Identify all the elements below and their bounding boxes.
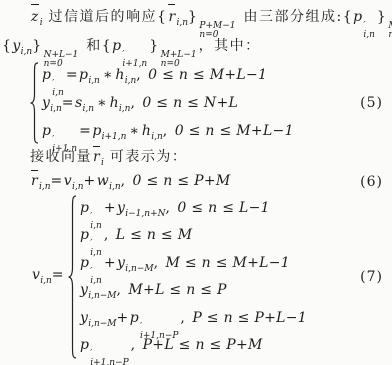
equation-7: vi,n= p′i,n+yi−1,n+N, 0 ≤ n ≤ L−1 p′i,n,… bbox=[32, 194, 392, 360]
eq6-formula: ri,n=vi,n+wi,n, 0 ≤ n ≤ P+M bbox=[2, 169, 231, 194]
eq7-case-3: p′i,n+yi,n−M, M ≤ n ≤ M+L−1 bbox=[80, 250, 307, 278]
left-brace-icon bbox=[29, 61, 40, 145]
equation-7-cases: p′i,n+yi−1,n+N, 0 ≤ n ≤ L−1 p′i,n, L ≤ n… bbox=[80, 195, 307, 360]
eq7-lhs: vi,n= bbox=[32, 267, 65, 286]
eq5-case-2: yi,n=si,n∗hi,n, 0 ≤ n ≤ N+L bbox=[42, 89, 294, 117]
equation-5: p′i,n=pi,n∗hi,n, 0 ≤ n ≤ M+L−1 yi,n=si,n… bbox=[29, 61, 392, 145]
equation-6: ri,n=vi,n+wi,n, 0 ≤ n ≤ P+M (6) bbox=[2, 169, 392, 194]
intro-line-1: zi 过信道后的响应{ri,n}P+M−1n=0 由三部分组成:{p′i,n}M… bbox=[2, 3, 392, 32]
paragraph-2: 接收向量ri 可表示为： bbox=[2, 145, 392, 169]
left-brace-icon bbox=[67, 194, 78, 360]
eq7-case-5: yi,n−M+p′i+1,n−P, P ≤ n ≤ P+L−1 bbox=[80, 305, 307, 333]
eq7-case-2: p′i,n, L ≤ n ≤ M bbox=[80, 222, 307, 250]
equation-5-cases: p′i,n=pi,n∗hi,n, 0 ≤ n ≤ M+L−1 yi,n=si,n… bbox=[42, 61, 294, 145]
eq7-case-6: p′i+1,n−P, P+L ≤ n ≤ P+M bbox=[80, 332, 307, 360]
equation-5-number: (5) bbox=[360, 95, 383, 111]
paper-page: zi 过信道后的响应{ri,n}P+M−1n=0 由三部分组成:{p′i,n}M… bbox=[0, 0, 392, 365]
equation-6-number: (6) bbox=[360, 174, 383, 190]
eq7-case-1: p′i,n+yi−1,n+N, 0 ≤ n ≤ L−1 bbox=[80, 195, 307, 223]
equation-7-number: (7) bbox=[360, 269, 383, 285]
intro-line-2: {yi,n}N+L−1n=0 和{p′i+1,n}M+L−1n=0，其中： bbox=[2, 32, 392, 61]
eq5-case-3: p′i+1,n=pi+1,n∗hi,n, 0 ≤ n ≤ M+L−1 bbox=[42, 117, 294, 145]
eq5-case-1: p′i,n=pi,n∗hi,n, 0 ≤ n ≤ M+L−1 bbox=[42, 61, 294, 89]
eq7-case-4: yi,n−M, M+L ≤ n ≤ P bbox=[80, 277, 307, 305]
